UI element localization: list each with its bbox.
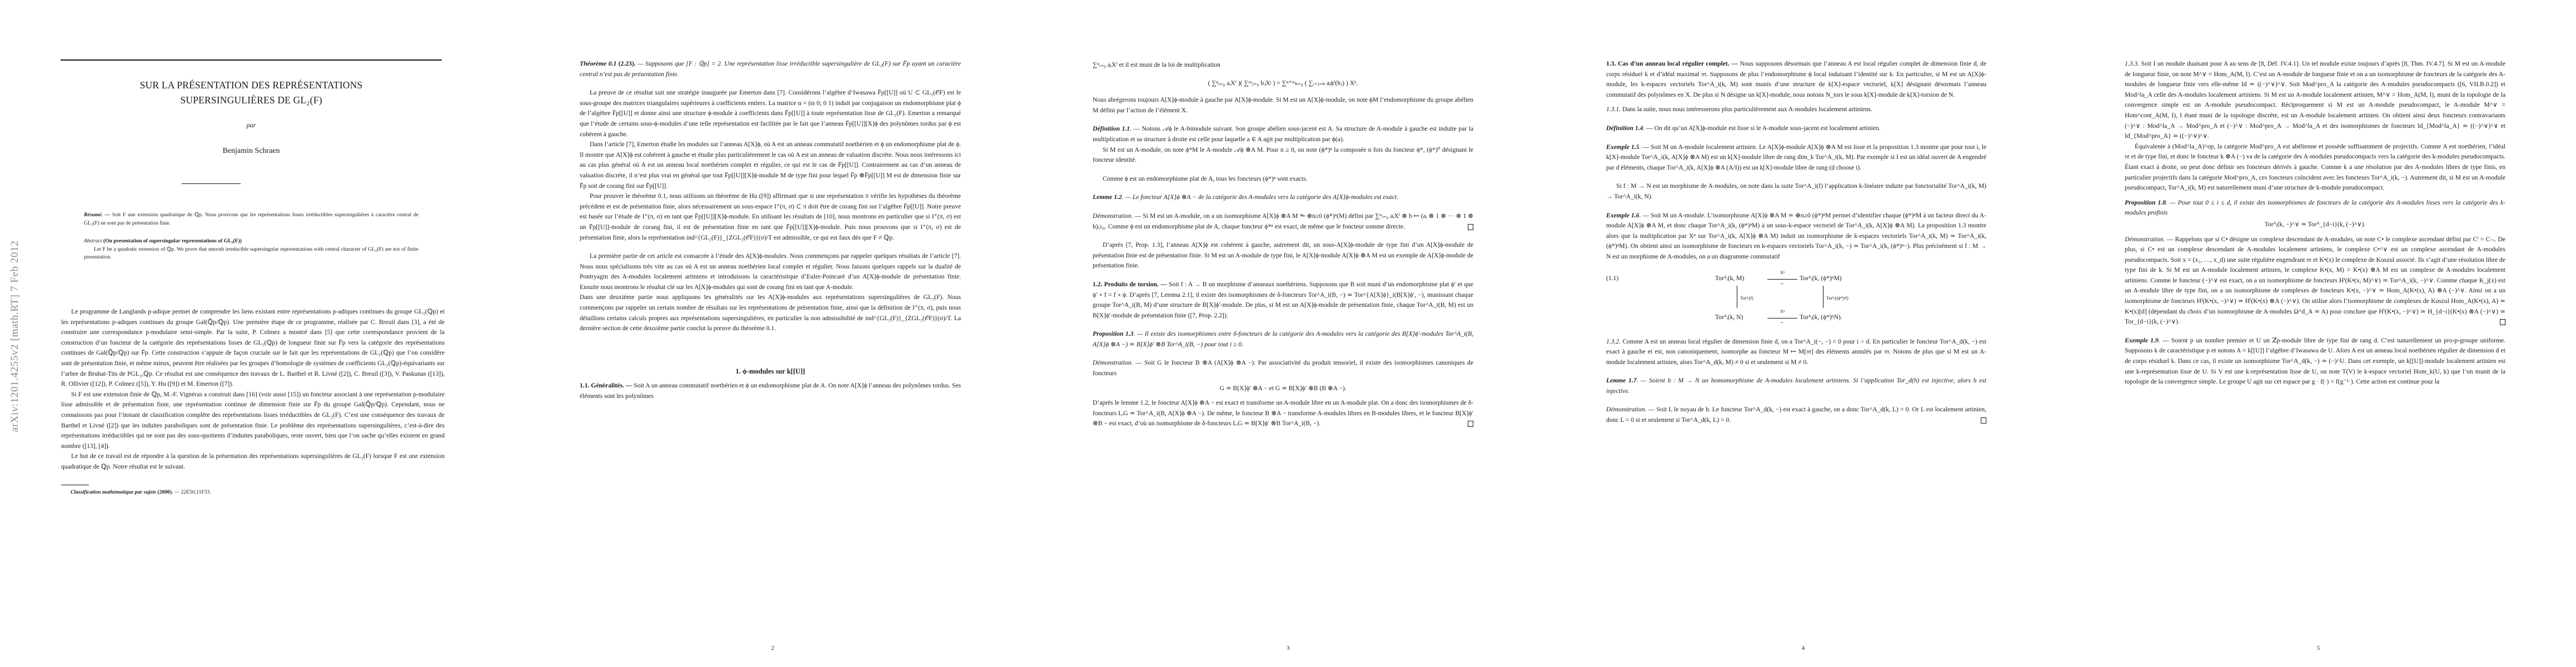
definition-text: . — Notons 𝒜ϕ le A-bimodule suivant. Son…: [1093, 125, 1473, 143]
title-top-rule: [61, 59, 442, 61]
resume-text: Soit F une extension quadratique de ℚp. …: [84, 212, 418, 226]
equation-label: (1.1): [1606, 273, 1618, 284]
subsection-label: 1.1. Généralités. —: [580, 382, 632, 389]
footnote-msc: Classification mathématique par sujets (…: [61, 487, 445, 498]
page-3-body: ∑ⁿᵢ₌₀ aᵢXⁱ et il est muni de la loi de m…: [1093, 60, 1473, 429]
diagram-node-top-right: Torᴬᵢ(k, (ϕ*)ⁿM): [1800, 273, 1842, 284]
arrow-down-icon: [1737, 286, 1737, 308]
subsection-1-1: 1.1. Généralités. — Soit A un anneau com…: [580, 381, 961, 401]
commutative-diagram: (1.1) Torᴬᵢ(k, M) Xⁿ ∼ Torᴬᵢ(k, (ϕ*)ⁿM) …: [1606, 268, 1986, 333]
subsection-label: 1.2. Produits de torsion. —: [1093, 281, 1167, 288]
qed-square-icon: [2500, 319, 2505, 325]
proposition-1-8: Proposition 1.8. — Pour tout 0 ≤ i ≤ d, …: [2125, 198, 2505, 218]
lemma-1-7: Lemme 1.7. — Soient h : M → N un homomor…: [1606, 376, 1986, 396]
diagram-left-map: Torᴬᵢ(f): [1740, 293, 1753, 304]
proof-text: — Rappelons que si C• désigne un complex…: [2125, 236, 2505, 326]
abstract-block: Résumé. — Soit F une extension quadratiq…: [84, 211, 418, 262]
abstract-title: (On presentation of supersingular repres…: [102, 238, 242, 244]
author-name: Benjamin Schraen: [61, 147, 442, 156]
intro-paragraph-1: Le programme de Langlands p-adique perme…: [61, 307, 445, 390]
proof-label: Démonstration.: [1093, 212, 1133, 220]
paragraph-1-3-3: 1.3.3. Soit I un module duaisant pour A …: [2125, 59, 2505, 142]
example-text: . — Soit M un A-module. L’isomorphisme A…: [1606, 212, 1986, 260]
footnote-year: (2000).: [156, 489, 173, 495]
by-label: par: [61, 121, 442, 130]
paragraph: Si f : M → N est un morphisme de A-modul…: [1606, 181, 1986, 202]
abstract-text: Let F be a quadratic extension of ℚp. We…: [84, 246, 418, 262]
proof-text: — Si M est un A-module, on a un isomorph…: [1093, 212, 1473, 230]
paragraph-1-3-1: 1.3.1. Dans la suite, nous nous intéress…: [1606, 104, 1986, 115]
section-1-title: 1. ϕ-modules sur k[[U]]: [580, 366, 961, 377]
proof-label: Démonstration.: [1606, 406, 1646, 413]
page-5: 1.3.3. Soit I un module duaisant pour A …: [2061, 0, 2576, 667]
page-3: ∑ⁿᵢ₌₀ aᵢXⁱ et il est muni de la loi de m…: [1030, 0, 1546, 667]
functor-iso-equation: G ≃ B[X]ϕ′ ⊗A − et G ≃ B[X]ϕ′ ⊗B (B ⊗A −…: [1093, 384, 1473, 394]
paragraph: Si M est un A-module, on note ϕ*M le A-m…: [1093, 145, 1473, 166]
duality-equation: Torᴬᵢ(k, −)^∨ ≃ Torᴬ_{d−i}(k, (−)^∨).: [2125, 220, 2505, 230]
paragraph-text: Dans la suite, nous nous intéresserons p…: [1621, 106, 1872, 113]
page-number: 4: [1546, 645, 2061, 651]
diagram-node-top-left: Torᴬᵢ(k, M): [1715, 273, 1744, 284]
paragraph: La première partie de cet article est co…: [580, 251, 961, 292]
definition-1-1: Définition 1.1. — Notons 𝒜ϕ le A-bimodul…: [1093, 124, 1473, 145]
paragraph: Nous abrégerons toujours A[X]ϕ-module à …: [1093, 95, 1473, 116]
example-label: Exemple 1.9: [2125, 337, 2159, 344]
diagram-iso-label: ∼: [1780, 279, 1784, 290]
qed-square-icon: [1981, 417, 1986, 424]
multiplication-law-equation: ( ∑ⁿᵢ₌₀ aᵢXⁱ )( ∑ᵐⱼ₌₀ bⱼXʲ ) = ∑ⁿ⁺ᵐₖ₌₀ (…: [1093, 78, 1473, 89]
diagram-node-bottom-left: Torᴬᵢ(k, N): [1715, 312, 1743, 323]
page-4-body: 1.3. Cas d’un anneau local régulier comp…: [1606, 59, 1986, 426]
lemma-label: Lemme 1.7: [1606, 377, 1637, 384]
paragraph-text: Comme A est un anneau local régulier de …: [1606, 338, 1986, 366]
paragraph-1-3-2: 1.3.2. Comme A est un anneau local régul…: [1606, 337, 1986, 368]
footnote-rule: [61, 485, 89, 485]
abstract-en: Abstract (On presentation of supersingul…: [84, 237, 418, 262]
paragraph: Comme ϕ est un endomorphisme plat de A, …: [1093, 174, 1473, 185]
page-4: 1.3. Cas d’un anneau local régulier comp…: [1546, 0, 2061, 667]
lemma-text: . — Soient h : M → N un homomorphisme de…: [1606, 377, 1986, 395]
page-2-body: Théorème 0.1 (2.23). — Supposons que [F …: [580, 59, 961, 402]
lemma-label: Lemme 1.2: [1093, 193, 1122, 201]
page-1-body: Le programme de Langlands p-adique perme…: [61, 307, 445, 497]
abstract-label: Abstract: [84, 238, 102, 244]
example-1-9: Exemple 1.9. — Soient p un nombre premie…: [2125, 336, 2505, 387]
paragraph-number: 1.3.1.: [1606, 106, 1621, 113]
example-text: . — Soit M un A-module localement artini…: [1606, 143, 1986, 171]
proof-label: Démonstration.: [1093, 359, 1133, 366]
page-number: 5: [2061, 645, 2576, 651]
title-line-2: SUPERSINGULIÈRES DE GL₂(F): [61, 93, 442, 108]
paragraph-number: 1.3.3.: [2125, 60, 2139, 67]
proposition-text: . — Pour tout 0 ≤ i ≤ d, il existe des i…: [2125, 199, 2505, 217]
paragraph: Dans l’article [7], Emerton étudie les m…: [580, 140, 961, 191]
footnote-label: Classification mathématique par sujets: [71, 489, 156, 495]
definition-label: Définition 1.4: [1606, 125, 1643, 132]
diagram-arrow-label: Xⁿ: [1780, 268, 1785, 278]
example-text: . — Soient p un nombre premier et U un ℤ…: [2125, 337, 2505, 385]
definition-text: . — On dit qu’un A[X]ϕ-module est lisse …: [1643, 125, 1880, 132]
resume: Résumé. — Soit F une extension quadratiq…: [84, 211, 418, 227]
subsection-1-2: 1.2. Produits de torsion. — Soit f : A →…: [1093, 280, 1473, 321]
proposition-text: . — Il existe des isomorphismes entre δ-…: [1093, 330, 1473, 348]
paragraph-text: D’après le lemme 1.2, le foncteur A[X]ϕ …: [1093, 399, 1473, 427]
theorem-0-1: Théorème 0.1 (2.23). — Supposons que [F …: [580, 59, 961, 79]
paragraph: Équivalente à (Mod^la_A)^op, la catégori…: [2125, 142, 2505, 193]
qed-square-icon: [1468, 421, 1473, 427]
proof: Démonstration. — Rappelons que si C• dés…: [2125, 235, 2505, 327]
paragraph: ∑ⁿᵢ₌₀ aᵢXⁱ et il est muni de la loi de m…: [1093, 60, 1473, 71]
arxiv-stamp: arXiv:1201.4255v2 [math.RT] 7 Feb 2012: [7, 161, 23, 511]
proof-text: — Soit L le noyau de h. Le foncteur Tor^…: [1606, 406, 1986, 424]
paragraph-text: Soit I un module duaisant pour A au sens…: [2125, 60, 2505, 140]
paragraph: Pour prouver le théorème 0.1, nous utili…: [580, 191, 961, 243]
diagram-arrow-label: Xⁿ: [1780, 307, 1785, 317]
paragraph: D’après le lemme 1.2, le foncteur A[X]ϕ …: [1093, 398, 1473, 429]
definition-1-4: Définition 1.4. — On dit qu’un A[X]ϕ-mod…: [1606, 123, 1986, 134]
page-number: 2: [515, 645, 1030, 651]
diagram-right-map: Torᴬᵢ((ϕ*)ⁿf): [1826, 293, 1848, 304]
proposition-label: Proposition 1.3: [1093, 330, 1133, 337]
arxiv-stamp-text: arXiv:1201.4255v2 [math.RT] 7 Feb 2012: [9, 241, 21, 432]
qed-square-icon: [1468, 224, 1473, 230]
proof: Démonstration. — Si M est un A-module, o…: [1093, 211, 1473, 232]
subsection-label: 1.3. Cas d’un anneau local régulier comp…: [1606, 60, 1738, 67]
proof: Démonstration. — Soit L le noyau de h. L…: [1606, 405, 1986, 425]
paragraph-number: 1.3.2.: [1606, 338, 1621, 345]
diagram-node-bottom-right: Torᴬᵢ(k, (ϕ*)ⁿN).: [1800, 312, 1842, 323]
proof-label: Démonstration.: [2125, 236, 2165, 243]
title-line-1: SUR LA PRÉSENTATION DES REPRÉSENTATIONS: [61, 78, 442, 93]
author-rule: [182, 183, 241, 184]
proof: Démonstration. — Soit G le foncteur B ⊗A…: [1093, 358, 1473, 379]
arrow-down-icon: [1823, 286, 1823, 308]
diagram-iso-label: ∼: [1780, 318, 1784, 328]
paragraph: D’après [7, Prop. 1.3], l’anneau A[X]ϕ e…: [1093, 240, 1473, 271]
subsection-1-3: 1.3. Cas d’un anneau local régulier comp…: [1606, 59, 1986, 100]
theorem-text: — Supposons que [F : ℚp] = 2. Une représ…: [580, 60, 961, 78]
page-2: Théorème 0.1 (2.23). — Supposons que [F …: [515, 0, 1030, 667]
intro-paragraph-3: Le but de ce travail est de répondre à l…: [61, 451, 445, 472]
lemma-1-2: Lemme 1.2. — Le foncteur A[X]ϕ ⊗A − de l…: [1093, 192, 1473, 203]
paragraph: Dans une deuxième partie nous appliquons…: [580, 292, 961, 333]
resume-label: Résumé. —: [84, 212, 110, 218]
proposition-label: Proposition 1.8: [2125, 199, 2166, 206]
example-label: Exemple 1.6: [1606, 212, 1639, 219]
theorem-ref: (2.23).: [616, 60, 635, 67]
footnote-codes: — 22E50,11F33.: [173, 489, 211, 495]
page-5-body: 1.3.3. Soit I un module duaisant pour A …: [2125, 59, 2505, 387]
definition-label: Définition 1.1: [1093, 125, 1130, 132]
example-1-5: Exemple 1.5. — Soit M un A-module locale…: [1606, 142, 1986, 173]
proof-text: — Soit G le foncteur B ⊗A (A[X]ϕ ⊗A −). …: [1093, 359, 1473, 377]
paragraph: La preuve de ce résultat suit une straté…: [580, 88, 961, 140]
paper-title: SUR LA PRÉSENTATION DES REPRÉSENTATIONS …: [61, 78, 442, 108]
page-1: arXiv:1201.4255v2 [math.RT] 7 Feb 2012 S…: [0, 0, 515, 667]
intro-paragraph-2: Si F est une extension finie de ℚp, M.-F…: [61, 390, 445, 452]
example-label: Exemple 1.5: [1606, 143, 1639, 151]
proposition-1-3: Proposition 1.3. — Il existe des isomorp…: [1093, 329, 1473, 350]
page-number: 3: [1030, 645, 1546, 651]
example-1-6: Exemple 1.6. — Soit M un A-module. L’iso…: [1606, 211, 1986, 262]
lemma-text: . — Le foncteur A[X]ϕ ⊗A − de la catégor…: [1122, 193, 1398, 201]
theorem-label: Théorème 0.1: [580, 60, 616, 67]
subsection-text: Soit A un anneau commutatif noethérien e…: [580, 382, 961, 400]
